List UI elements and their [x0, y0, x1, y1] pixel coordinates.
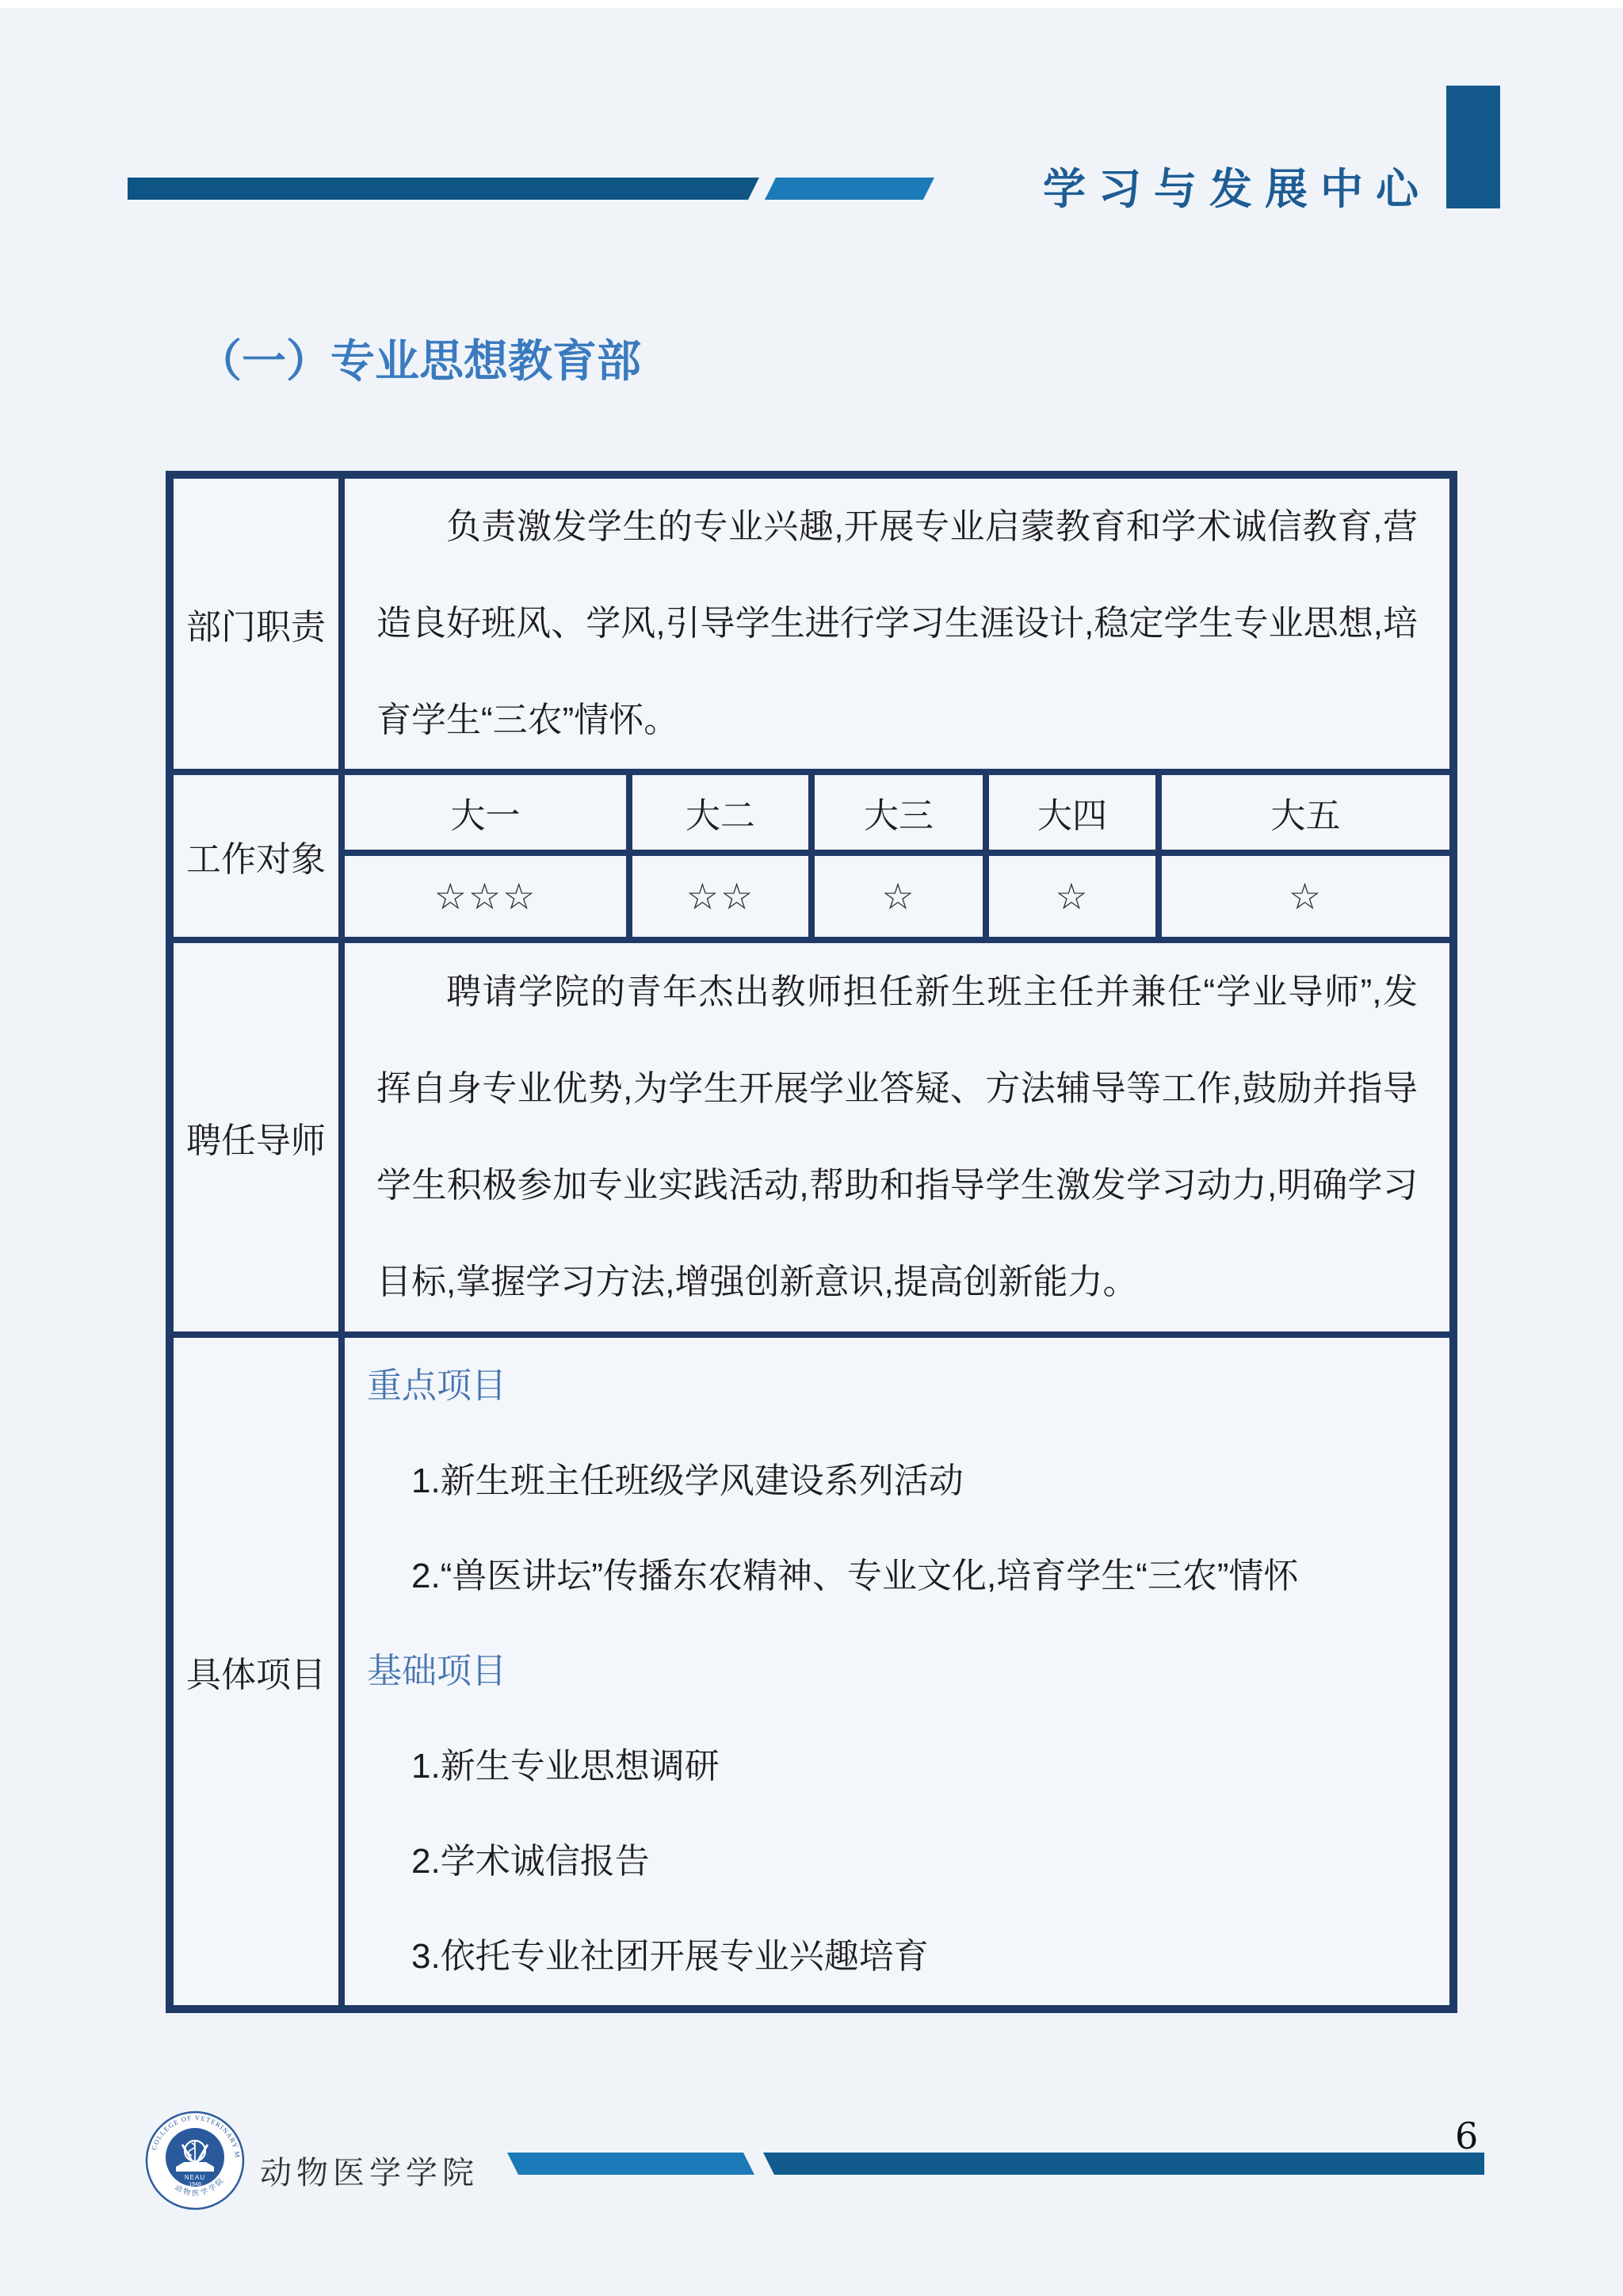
star-rating-year3: ☆	[815, 856, 983, 937]
mentors-cell: 聘请学院的青年杰出教师担任新生班主任并兼任“学业导师”,发挥自身专业优势,为学生…	[345, 943, 1449, 1331]
logo-book-glyph	[176, 2162, 214, 2172]
project-item: 2.学术诚信报告	[367, 1814, 1426, 1909]
star-rating-year1: ☆☆☆	[345, 856, 626, 937]
page-number: 6	[1455, 2115, 1478, 2157]
header-bar-light	[765, 178, 934, 200]
header-title: 学习与发展中心	[1043, 155, 1431, 216]
grade-cell-year1: 大一	[345, 775, 626, 850]
project-item: 3.依托专业社团开展专业兴趣培育	[367, 1909, 1426, 2004]
document-page: { "header": { "title": "学习与发展中心" }, "sec…	[0, 0, 1623, 2296]
logo-neau-text: NEAU	[185, 2174, 205, 2181]
project-item: 1.新生班主任班级学风建设系列活动	[367, 1434, 1426, 1529]
star-rating-year4: ☆	[989, 856, 1155, 937]
footer-college-name: 动物医学学院	[260, 2148, 479, 2193]
grade-cell-year4: 大四	[989, 775, 1155, 850]
header-vertical-accent	[1446, 86, 1500, 208]
footer-bar-dark	[763, 2153, 1484, 2175]
duties-text: 负责激发学生的专业兴趣,开展专业启蒙教育和学术诚信教育,营造良好班风、学风,引导…	[376, 479, 1418, 769]
section-title: （一）专业思想教育部	[197, 327, 641, 390]
project-item: 1.新生专业思想调研	[367, 1719, 1426, 1814]
grade-cell-year2: 大二	[632, 775, 808, 850]
footer-bar-light	[507, 2153, 754, 2175]
star-rating-year2: ☆☆	[632, 856, 808, 937]
row-label-duties: 部门职责	[174, 479, 338, 769]
college-seal-logo: COLLEGE OF VETERINARY MEDICINE NEAU ·194…	[144, 2110, 246, 2211]
page-top-margin	[0, 0, 1623, 8]
project-item: 2.“兽医讲坛”传播东农精神、专业文化,培育学生“三农”情怀	[367, 1529, 1426, 1624]
header-bar-dark	[128, 178, 759, 200]
row-label-targets: 工作对象	[174, 775, 338, 937]
department-table: 部门职责 负责激发学生的专业兴趣,开展专业启蒙教育和学术诚信教育,营造良好班风、…	[166, 471, 1457, 2013]
star-rating-year5: ☆	[1162, 856, 1449, 937]
row-label-projects: 具体项目	[174, 1338, 338, 2005]
projects-heading-key: 重点项目	[367, 1339, 1426, 1434]
logo-year-text: ·1948·	[187, 2182, 203, 2187]
projects-heading-basic: 基础项目	[367, 1624, 1426, 1719]
duties-cell: 负责激发学生的专业兴趣,开展专业启蒙教育和学术诚信教育,营造良好班风、学风,引导…	[345, 479, 1449, 769]
grade-cell-year5: 大五	[1162, 775, 1449, 850]
projects-cell: 重点项目 1.新生班主任班级学风建设系列活动 2.“兽医讲坛”传播东农精神、专业…	[345, 1338, 1449, 2005]
row-label-mentors: 聘任导师	[174, 943, 338, 1331]
grade-cell-year3: 大三	[815, 775, 983, 850]
mentors-text: 聘请学院的青年杰出教师担任新生班主任并兼任“学业导师”,发挥自身专业优势,为学生…	[376, 944, 1418, 1331]
